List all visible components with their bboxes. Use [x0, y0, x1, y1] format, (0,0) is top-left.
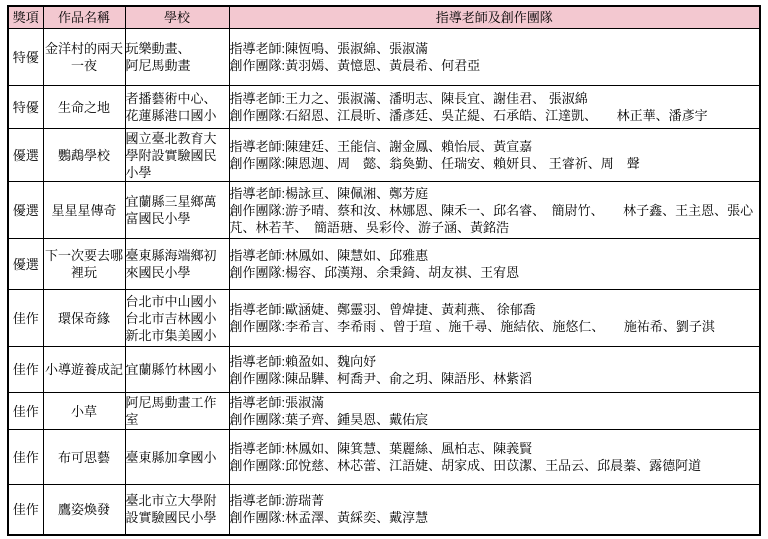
award-cell: 特優: [8, 86, 43, 129]
title-cell: 布可思藝: [43, 430, 125, 485]
header-title: 作品名稱: [43, 6, 125, 29]
teachers-team-cell: 指導老師:王力之、張淑滿、潘明志、陳長宜、謝佳君、 張淑綿 創作團隊:石紹恩、江…: [229, 86, 760, 129]
table-row: 優選 鸚鵡學校 國立臺北教育大學附設實驗國民小學 指導老師:陳建廷、王能信、謝金…: [8, 129, 760, 182]
team-line: 創作團隊:黃羽嫣、黃憶恩、黃晨希、何君亞: [230, 57, 760, 74]
table-row: 佳作 布可思藝 臺東縣加拿國小 指導老師:林鳳如、陳箕慧、葉麗絲、風柏志、陳義賢…: [8, 430, 760, 485]
table-header: 獎項 作品名稱 學校 指導老師及創作團隊: [8, 6, 760, 29]
team-line: 創作團隊:陳恩迦、周 懿、翁奐勤、任瑞安、賴妍貝、 王睿祈、周 聲: [230, 155, 760, 172]
teachers-team-cell: 指導老師:陳恆鳴、張淑綿、張淑滿 創作團隊:黃羽嫣、黃憶恩、黃晨希、何君亞: [229, 29, 760, 86]
title-cell: 下一次要去哪裡玩: [43, 239, 125, 290]
teachers-team-cell: 指導老師:游瑞菁 創作團隊:林孟澤、黃綵奕、戴淳慧: [229, 485, 760, 535]
school-cell: 臺東縣加拿國小: [125, 430, 229, 485]
award-cell: 優選: [8, 239, 43, 290]
school-cell: 阿尼馬動畫工作室: [125, 393, 229, 430]
award-cell: 優選: [8, 182, 43, 239]
team-line: 創作團隊:游予晴、蔡和汝、林娜恩、陳禾一、邱名睿、 簡尉竹、 林子鑫、王主恩、張…: [230, 202, 760, 236]
title-cell: 生命之地: [43, 86, 125, 129]
table-row: 特優 生命之地 者播藝術中心、 花蓮縣港口國小 指導老師:王力之、張淑滿、潘明志…: [8, 86, 760, 129]
title-cell: 金洋村的兩天一夜: [43, 29, 125, 86]
award-cell: 佳作: [8, 485, 43, 535]
table-row: 優選 下一次要去哪裡玩 臺東縣海端鄉初來國民小學 指導老師:林鳳如、陳慧如、邱雅…: [8, 239, 760, 290]
teachers-team-cell: 指導老師:張淑滿 創作團隊:葉子齊、鍾昊恩、戴佑宸: [229, 393, 760, 430]
teachers-team-cell: 指導老師:歐涵婕、鄭靈羽、曾煒捷、黃莉燕、 徐郁喬 創作團隊:李希言、李希雨 、…: [229, 290, 760, 347]
school-cell: 宜蘭縣竹林國小: [125, 347, 229, 393]
header-row: 獎項 作品名稱 學校 指導老師及創作團隊: [8, 6, 760, 29]
team-line: 創作團隊:石紹恩、江晨昕、潘彥廷、吳芷緹、石承皓、江達凱、 林正華、潘彥宇: [230, 107, 760, 124]
title-cell: 鷹姿煥發: [43, 485, 125, 535]
teachers-team-cell: 指導老師:陳建廷、王能信、謝金鳳、賴怡辰、黃宣嘉 創作團隊:陳恩迦、周 懿、翁奐…: [229, 129, 760, 182]
team-line: 創作團隊:陳品驊、柯喬尹、俞之玥、陳語彤、林紫滔: [230, 370, 760, 387]
teachers-team-cell: 指導老師:賴盈如、魏向妤 創作團隊:陳品驊、柯喬尹、俞之玥、陳語彤、林紫滔: [229, 347, 760, 393]
title-cell: 星星星傳奇: [43, 182, 125, 239]
teachers-line: 指導老師:陳恆鳴、張淑綿、張淑滿: [230, 40, 760, 57]
team-line: 創作團隊:林孟澤、黃綵奕、戴淳慧: [230, 509, 760, 526]
teachers-line: 指導老師:林鳳如、陳箕慧、葉麗絲、風柏志、陳義賢: [230, 440, 760, 457]
team-line: 創作團隊:邱悅慈、林芯蕾、江語婕、胡家成、田苡潔、王品云、邱晨蓁、露德阿道: [230, 457, 760, 474]
teachers-team-cell: 指導老師:楊詠亘、陳佩湘、鄭芳庭 創作團隊:游予晴、蔡和汝、林娜恩、陳禾一、邱名…: [229, 182, 760, 239]
team-line: 創作團隊:李希言、李希雨 、曾于瑄 、施千尋、施結依、施悠仁、 施祐希、劉子淇: [230, 318, 760, 335]
school-cell: 玩樂動畫、 阿尼馬動畫: [125, 29, 229, 86]
header-award: 獎項: [8, 6, 43, 29]
title-cell: 環保奇緣: [43, 290, 125, 347]
table-row: 佳作 小草 阿尼馬動畫工作室 指導老師:張淑滿 創作團隊:葉子齊、鍾昊恩、戴佑宸: [8, 393, 760, 430]
teachers-line: 指導老師:王力之、張淑滿、潘明志、陳長宜、謝佳君、 張淑綿: [230, 90, 760, 107]
header-school: 學校: [125, 6, 229, 29]
title-cell: 小草: [43, 393, 125, 430]
awards-table: 獎項 作品名稱 學校 指導老師及創作團隊 特優 金洋村的兩天一夜 玩樂動畫、 阿…: [7, 5, 761, 536]
school-cell: 宜蘭縣三星鄉萬富國民小學: [125, 182, 229, 239]
team-line: 創作團隊:楊容、邱漢翔、余秉錡、胡友祺、王宥恩: [230, 264, 760, 281]
award-cell: 佳作: [8, 430, 43, 485]
school-cell: 臺北市立大學附設實驗國民小學: [125, 485, 229, 535]
teachers-line: 指導老師:楊詠亘、陳佩湘、鄭芳庭: [230, 185, 760, 202]
table-row: 優選 星星星傳奇 宜蘭縣三星鄉萬富國民小學 指導老師:楊詠亘、陳佩湘、鄭芳庭 創…: [8, 182, 760, 239]
table-row: 佳作 鷹姿煥發 臺北市立大學附設實驗國民小學 指導老師:游瑞菁 創作團隊:林孟澤…: [8, 485, 760, 535]
award-cell: 佳作: [8, 290, 43, 347]
team-line: 創作團隊:葉子齊、鍾昊恩、戴佑宸: [230, 411, 760, 428]
teachers-line: 指導老師:歐涵婕、鄭靈羽、曾煒捷、黃莉燕、 徐郁喬: [230, 301, 760, 318]
table-row: 佳作 環保奇緣 台北市中山國小 台北市吉林國小 新北市集美國小 指導老師:歐涵婕…: [8, 290, 760, 347]
table-row: 佳作 小導遊養成記 宜蘭縣竹林國小 指導老師:賴盈如、魏向妤 創作團隊:陳品驊、…: [8, 347, 760, 393]
award-cell: 佳作: [8, 393, 43, 430]
teachers-line: 指導老師:陳建廷、王能信、謝金鳳、賴怡辰、黃宣嘉: [230, 138, 760, 155]
table-row: 特優 金洋村的兩天一夜 玩樂動畫、 阿尼馬動畫 指導老師:陳恆鳴、張淑綿、張淑滿…: [8, 29, 760, 86]
teachers-line: 指導老師:賴盈如、魏向妤: [230, 353, 760, 370]
header-teachers-team: 指導老師及創作團隊: [229, 6, 760, 29]
school-cell: 臺東縣海端鄉初來國民小學: [125, 239, 229, 290]
school-cell: 者播藝術中心、 花蓮縣港口國小: [125, 86, 229, 129]
table-body: 特優 金洋村的兩天一夜 玩樂動畫、 阿尼馬動畫 指導老師:陳恆鳴、張淑綿、張淑滿…: [8, 29, 760, 535]
teachers-line: 指導老師:林鳳如、陳慧如、邱雅惠: [230, 247, 760, 264]
teachers-line: 指導老師:游瑞菁: [230, 492, 760, 509]
title-cell: 小導遊養成記: [43, 347, 125, 393]
school-cell: 國立臺北教育大學附設實驗國民小學: [125, 129, 229, 182]
title-cell: 鸚鵡學校: [43, 129, 125, 182]
award-cell: 優選: [8, 129, 43, 182]
teachers-team-cell: 指導老師:林鳳如、陳箕慧、葉麗絲、風柏志、陳義賢 創作團隊:邱悅慈、林芯蕾、江語…: [229, 430, 760, 485]
award-cell: 特優: [8, 29, 43, 86]
award-cell: 佳作: [8, 347, 43, 393]
school-cell: 台北市中山國小 台北市吉林國小 新北市集美國小: [125, 290, 229, 347]
teachers-team-cell: 指導老師:林鳳如、陳慧如、邱雅惠 創作團隊:楊容、邱漢翔、余秉錡、胡友祺、王宥恩: [229, 239, 760, 290]
teachers-line: 指導老師:張淑滿: [230, 394, 760, 411]
